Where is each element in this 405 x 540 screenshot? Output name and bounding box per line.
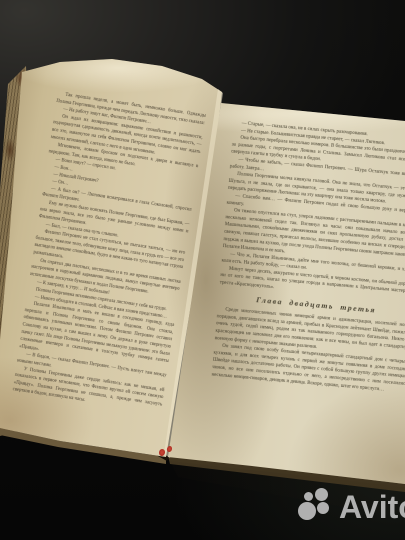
right-page-text: — Старые, — сказала она, не в силах скры… <box>211 119 405 395</box>
right-page-paragraphs-top: — Старые, — сказала она, не в силах скры… <box>219 119 405 303</box>
avito-wordmark: Avito <box>339 487 405 527</box>
book-photo: Так прошла неделя, а может быть, немножк… <box>0 0 405 540</box>
avito-logo-icon <box>295 487 336 528</box>
right-page-paragraphs-bottom: Среди многочисленных чинов немецкой арми… <box>211 305 405 395</box>
avito-watermark: Avito <box>295 487 405 528</box>
